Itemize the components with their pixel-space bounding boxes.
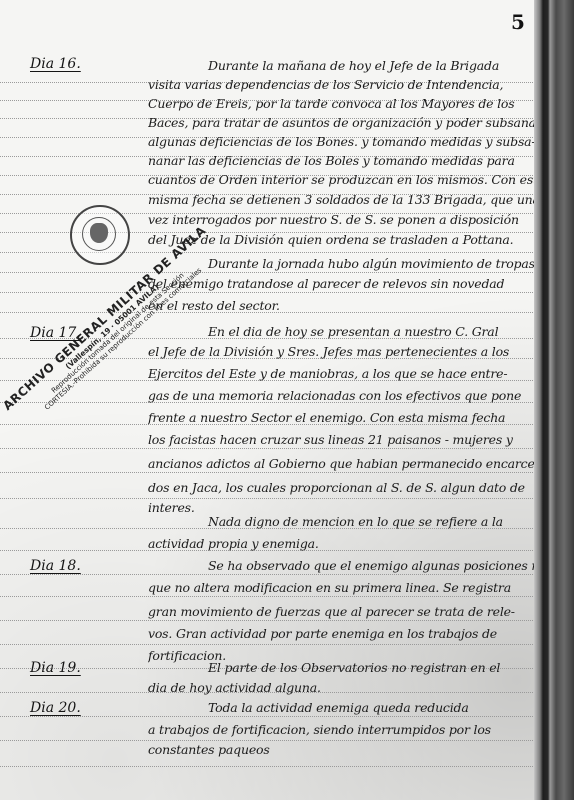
text-line: ancianos adictos al Gobierno que habian …	[148, 456, 538, 472]
text-line: gas de una memoria relacionadas con los …	[148, 388, 538, 404]
ruled-line	[0, 740, 535, 741]
text-line: que no altera modificacion en su primera…	[148, 580, 538, 596]
coat-of-arms-icon	[90, 223, 108, 243]
text-line: Toda la actividad enemiga queda reducida	[148, 700, 538, 716]
ruled-line	[0, 472, 535, 473]
ruled-line	[0, 498, 535, 499]
text-line: En el dia de hoy se presentan a nuestro …	[148, 324, 538, 340]
text-line: El parte de los Observatorios no registr…	[148, 660, 538, 676]
text-line: misma fecha se detienen 3 soldados de la…	[148, 192, 538, 208]
text-line: visita varias dependencias de los Servic…	[148, 77, 538, 93]
ruled-line	[0, 716, 535, 717]
text-line: Cuerpo de Ereis, por la tarde convoca al…	[148, 96, 538, 112]
text-line: Durante la mañana de hoy el Jefe de la B…	[148, 58, 538, 74]
day-label-19: Dia 19.	[30, 660, 81, 676]
text-line: en el resto del sector.	[148, 298, 538, 314]
ruled-line	[0, 620, 535, 621]
day-label-20: Dia 20.	[30, 700, 81, 716]
text-line: actividad propia y enemiga.	[148, 536, 538, 552]
day-label-17: Dia 17.	[30, 325, 81, 341]
text-line: frente a nuestro Sector el enemigo. Con …	[148, 410, 538, 426]
text-line: algunas deficiencias de los Bones. y tom…	[148, 134, 538, 150]
text-line: Se ha observado que el enemigo algunas p…	[148, 558, 538, 574]
ruled-line	[0, 574, 535, 575]
text-line: constantes paqueos	[148, 742, 538, 758]
text-line: Baces, para tratar de asuntos de organiz…	[148, 115, 538, 131]
text-line: dia de hoy actividad alguna.	[148, 680, 538, 696]
ruled-line	[0, 292, 535, 293]
text-line: gran movimiento de fuerzas que al parece…	[148, 604, 538, 620]
text-line: vez interrogados por nuestro S. de S. se…	[148, 212, 538, 228]
page-number: 5	[511, 10, 525, 34]
text-line: el Jefe de la División y Sres. Jefes mas…	[148, 344, 538, 360]
day-label-16: Dia 16.	[30, 56, 81, 72]
day-label-18: Dia 18.	[30, 558, 81, 574]
text-line: Durante la jornada hubo algún movimiento…	[148, 256, 538, 272]
ruled-line	[0, 596, 535, 597]
ruled-line	[0, 766, 535, 767]
document-page: 5 ARCHIVO GENERAL MILITAR DE AVILA (Vall…	[0, 0, 574, 800]
text-line: del enemigo tratandose al parecer de rel…	[148, 276, 538, 292]
ruled-line	[0, 448, 535, 449]
ruled-line	[0, 644, 535, 645]
text-line: a trabajos de fortificacion, siendo inte…	[148, 722, 538, 738]
text-line: del Juez de la División quien ordena se …	[148, 232, 538, 248]
text-line: Ejercitos del Este y de maniobras, a los…	[148, 366, 538, 382]
text-line: los facistas hacen cruzar sus lineas 21 …	[148, 432, 538, 448]
text-line: cuantos de Orden interior se produzcan e…	[148, 172, 538, 188]
ruled-line	[0, 272, 535, 273]
book-binding-edge	[534, 0, 574, 800]
text-line: vos. Gran actividad por parte enemiga en…	[148, 626, 538, 642]
text-line: nanar las deficiencias de los Boles y to…	[148, 153, 538, 169]
archive-seal	[70, 205, 130, 265]
text-line: dos en Jaca, los cuales proporcionan al …	[148, 480, 538, 496]
text-line: Nada digno de mencion en lo que se refie…	[148, 514, 538, 530]
